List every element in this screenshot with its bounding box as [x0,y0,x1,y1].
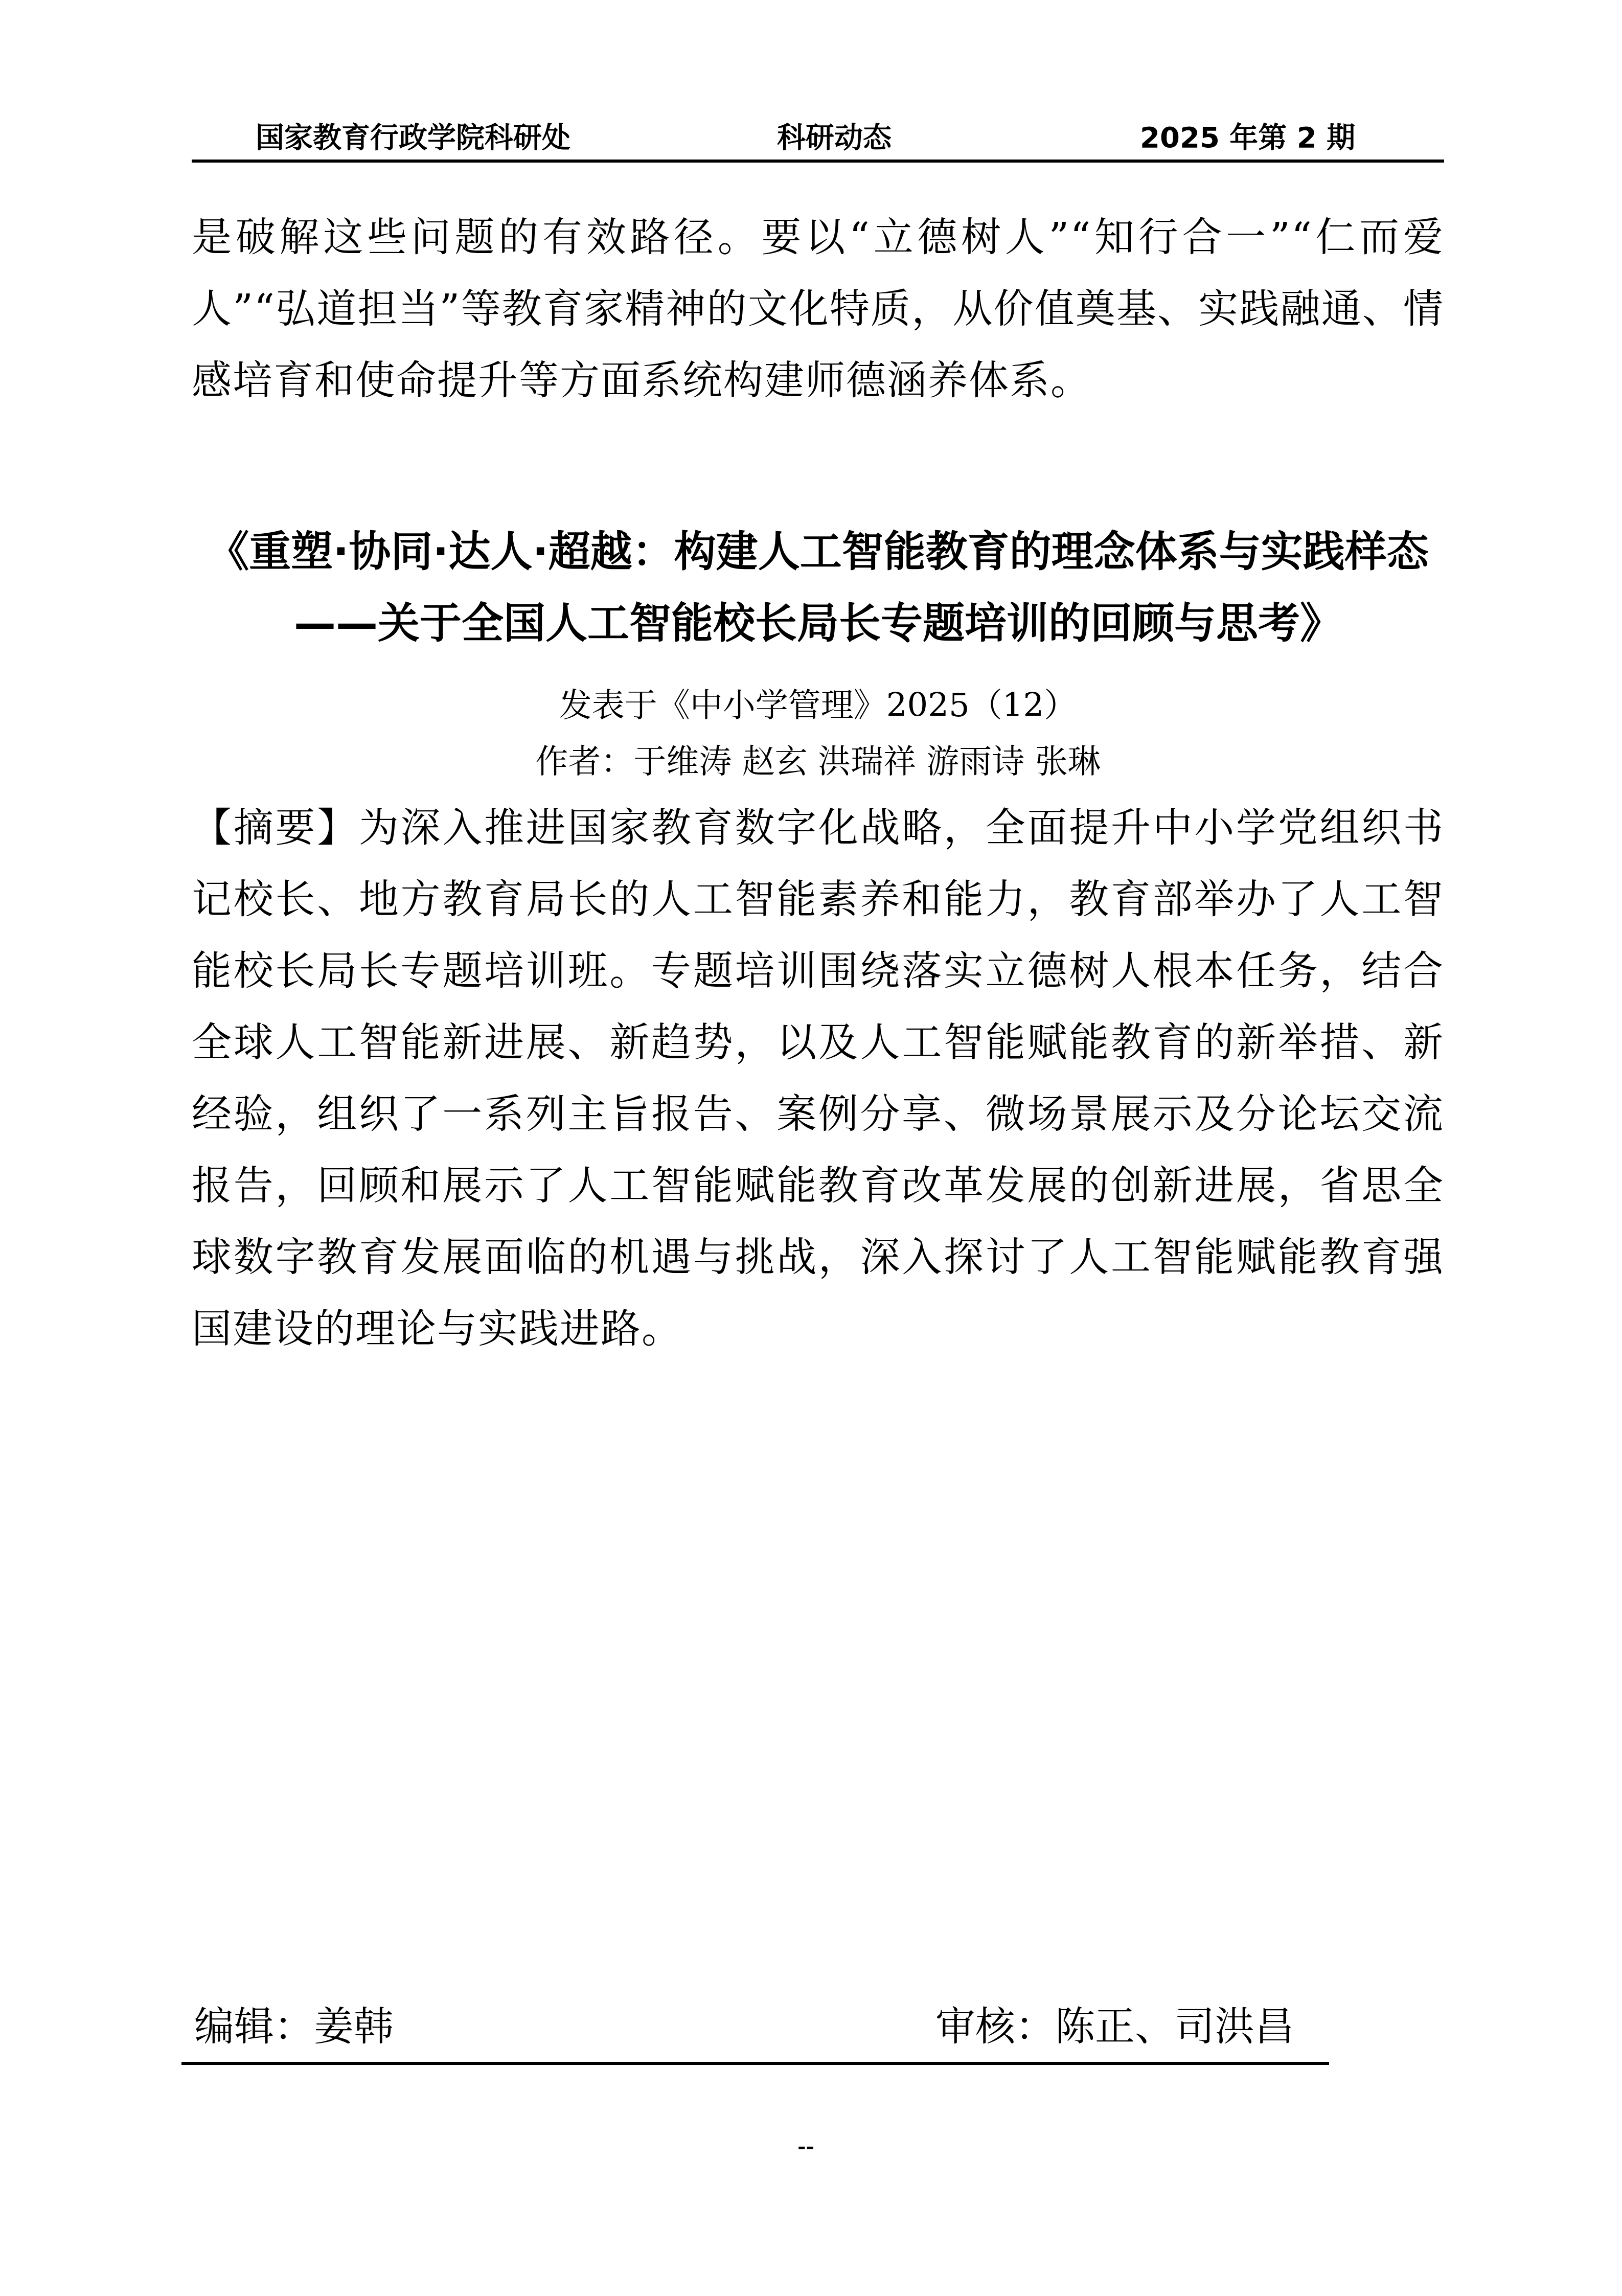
article-publication: 发表于《中小学管理》2025（12） [192,680,1444,731]
header-divider [192,160,1444,163]
header-issue: 2025 年第 2 期 [1140,115,1355,156]
header-publication: 科研动态 [777,115,892,156]
article-title: 《重塑·协同·达人·超越：构建人工智能教育的理念体系与实践样态——关于全国人工智… [192,516,1444,660]
article-authors: 作者：于维涛 赵玄 洪瑞祥 游雨诗 张琳 [192,736,1444,787]
footer-editor: 编辑：姜韩 [194,1999,394,2055]
footer-reviewers: 审核：陈正、司洪昌 [935,1999,1294,2055]
article-abstract: 【摘要】为深入推进国家教育数字化战略，全面提升中小学党组织书记校长、地方教育局长… [192,792,1444,1365]
header-institution: 国家教育行政学院科研处 [256,115,570,156]
footer-divider [181,2062,1329,2065]
continuation-paragraph: 是破解这些问题的有效路径。要以“立德树人”“知行合一”“仁而爱人”“弘道担当”等… [192,202,1444,417]
running-header: 国家教育行政学院科研处 科研动态 2025 年第 2 期 [184,115,1447,151]
page-number: -- [797,2134,814,2158]
